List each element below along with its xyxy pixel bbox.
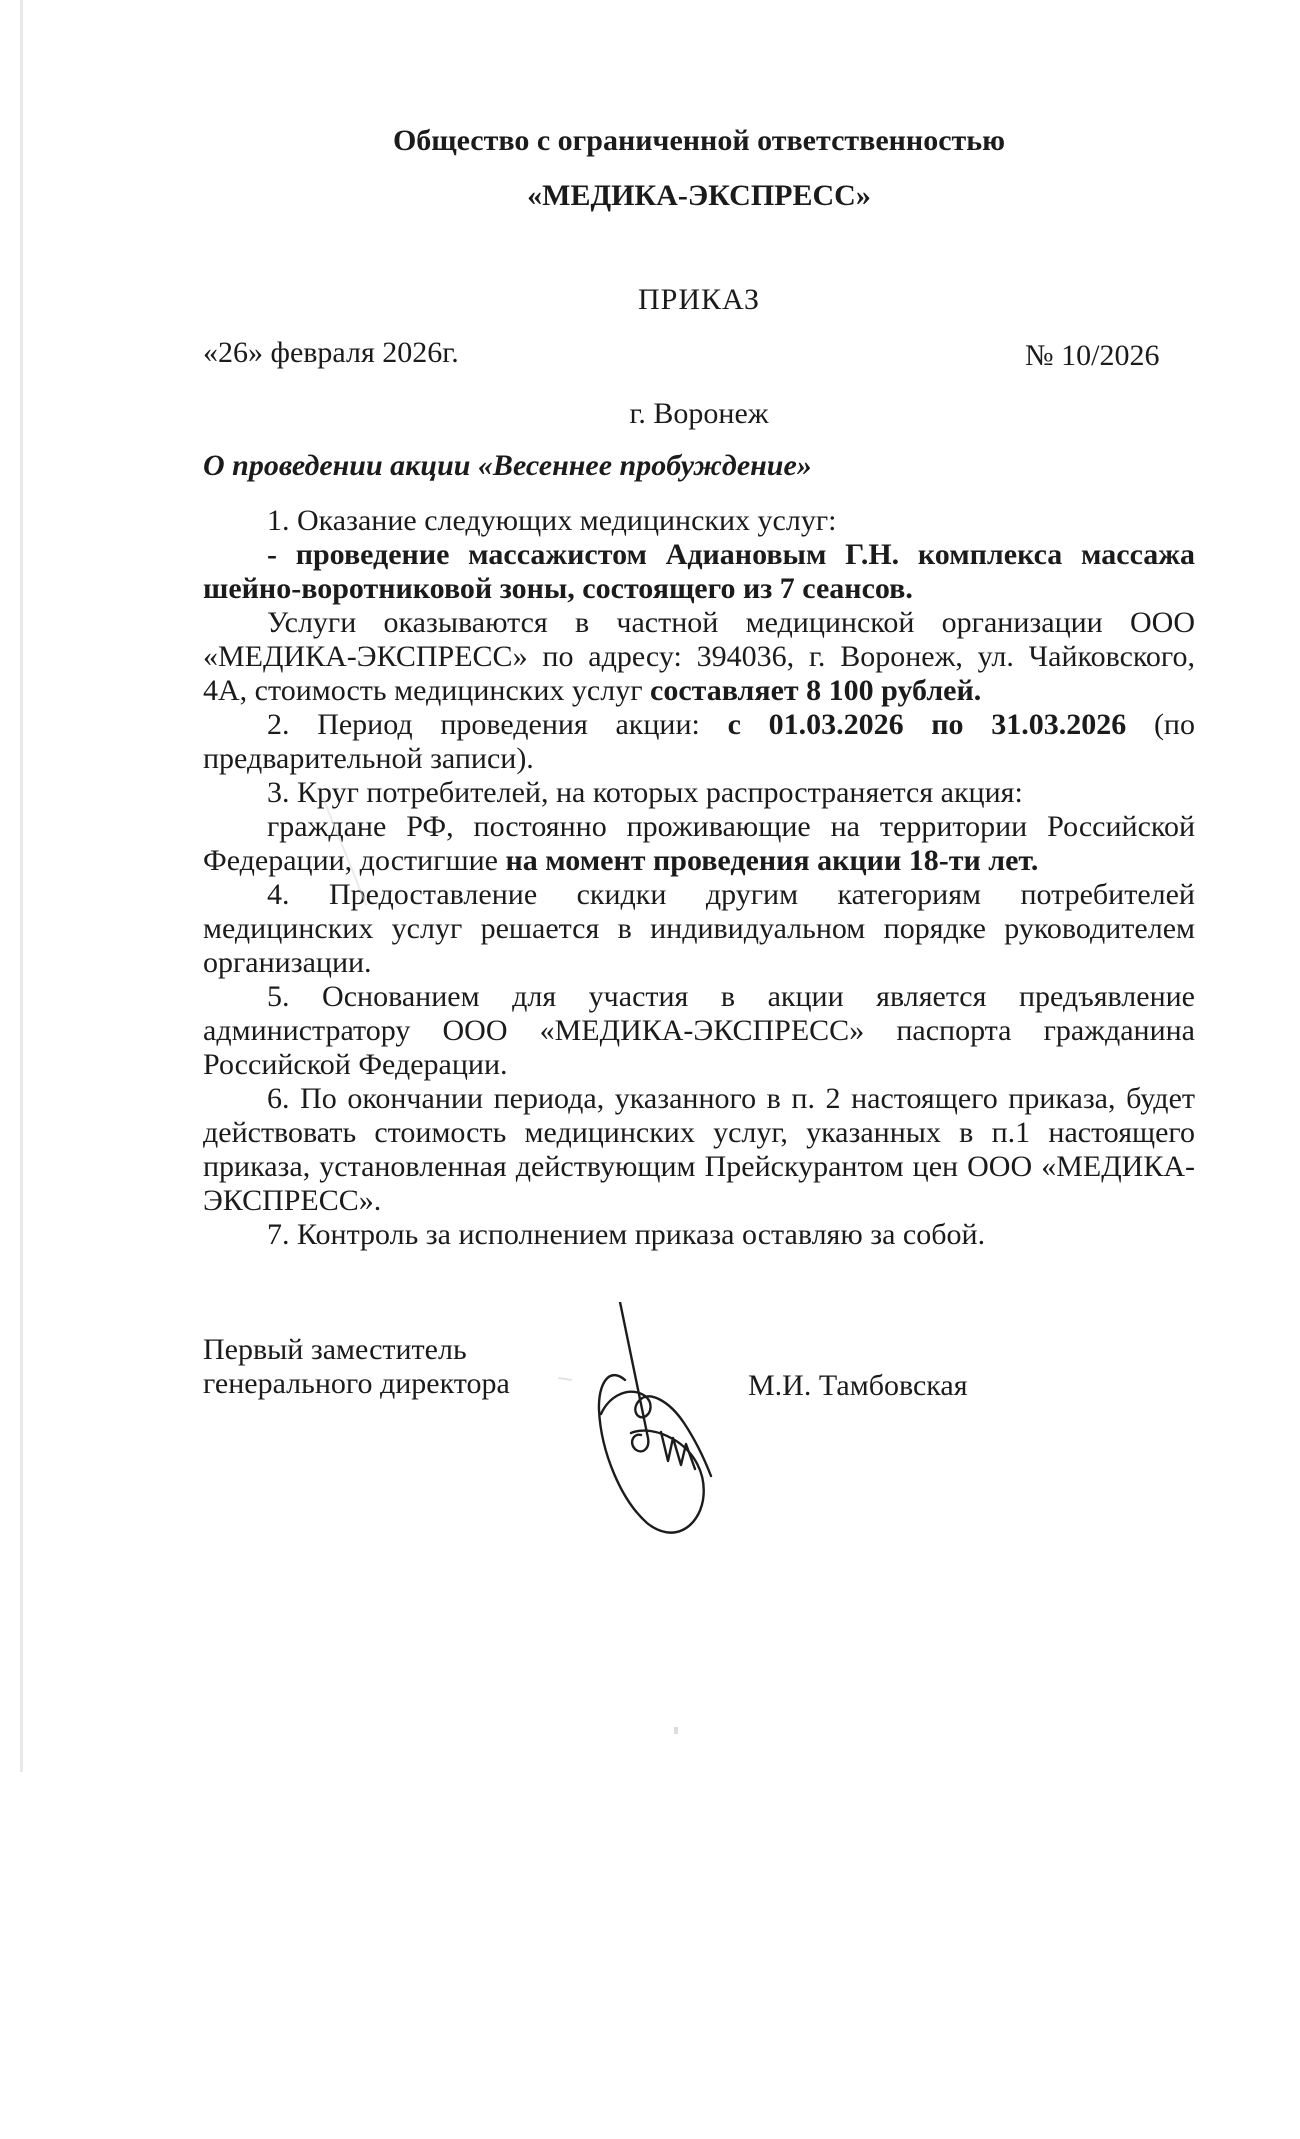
order-paragraph: 7. Контроль за исполнением приказа остав… [203,1218,1195,1252]
document-type-title: ПРИКАЗ [203,283,1195,317]
order-paragraph: 5. Основанием для участия в акции являет… [203,980,1195,1082]
document-city: г. Воронеж [203,397,1195,431]
document-subject: О проведении акции «Весеннее пробуждение… [203,449,1195,483]
order-paragraph: - проведение массажистом Адиановым Г.Н. … [203,538,1195,606]
order-text-bold: составляет 8 100 рублей. [650,674,981,707]
order-text: 5. Основанием для участия в акции являет… [203,980,1195,1081]
order-paragraph: 4. Предоставление скидки другим категори… [203,878,1195,980]
order-text: 4. Предоставление скидки другим категори… [203,878,1195,979]
order-text: 6. По окончании периода, указанного в п.… [203,1082,1195,1217]
order-paragraph: Услуги оказываются в частной медицинской… [203,606,1195,708]
order-text: 2. Период проведения акции: [267,708,728,741]
org-name-line1: Общество с ограниченной ответственностью [203,124,1195,158]
scan-artifact-speck [674,1727,678,1734]
document-number: № 10/2026 [1025,339,1159,373]
handwritten-signature [597,1302,722,1542]
order-paragraph: 3. Круг потребителей, на которых распрос… [203,776,1195,810]
scan-artifact-left-line [20,0,23,1772]
order-paragraph: 6. По окончании периода, указанного в п.… [203,1082,1195,1218]
order-text-bold: на момент проведения акции 18-ти лет. [505,844,1038,877]
order-text: 7. Контроль за исполнением приказа остав… [267,1218,985,1251]
order-text: 1. Оказание следующих медицинских услуг: [267,504,837,537]
order-text-bold: с 01.03.2026 по 31.03.2026 [728,708,1127,741]
document-content: Общество с ограниченной ответственностью… [0,0,1300,1593]
signature-block: Первый заместитель генерального директор… [203,1333,1195,1593]
date-number-row: «26» февраля 2026г. № 10/2026 [203,336,1195,370]
order-paragraph: 2. Период проведения акции: с 01.03.2026… [203,708,1195,776]
order-text-bold: - проведение массажистом Адиановым Г.Н. … [203,538,1195,605]
document-page: Общество с ограниченной ответственностью… [0,0,1300,2139]
order-body: 1. Оказание следующих медицинских услуг:… [203,504,1195,1252]
document-header: Общество с ограниченной ответственностью… [203,124,1195,483]
org-name-line2: «МЕДИКА-ЭКСПРЕСС» [203,179,1195,213]
order-paragraph: 1. Оказание следующих медицинских услуг: [203,504,1195,538]
signatory-name: М.И. Тамбовская [748,1369,968,1403]
document-date: «26» февраля 2026г. [203,336,459,369]
order-text: 3. Круг потребителей, на которых распрос… [267,776,1023,809]
